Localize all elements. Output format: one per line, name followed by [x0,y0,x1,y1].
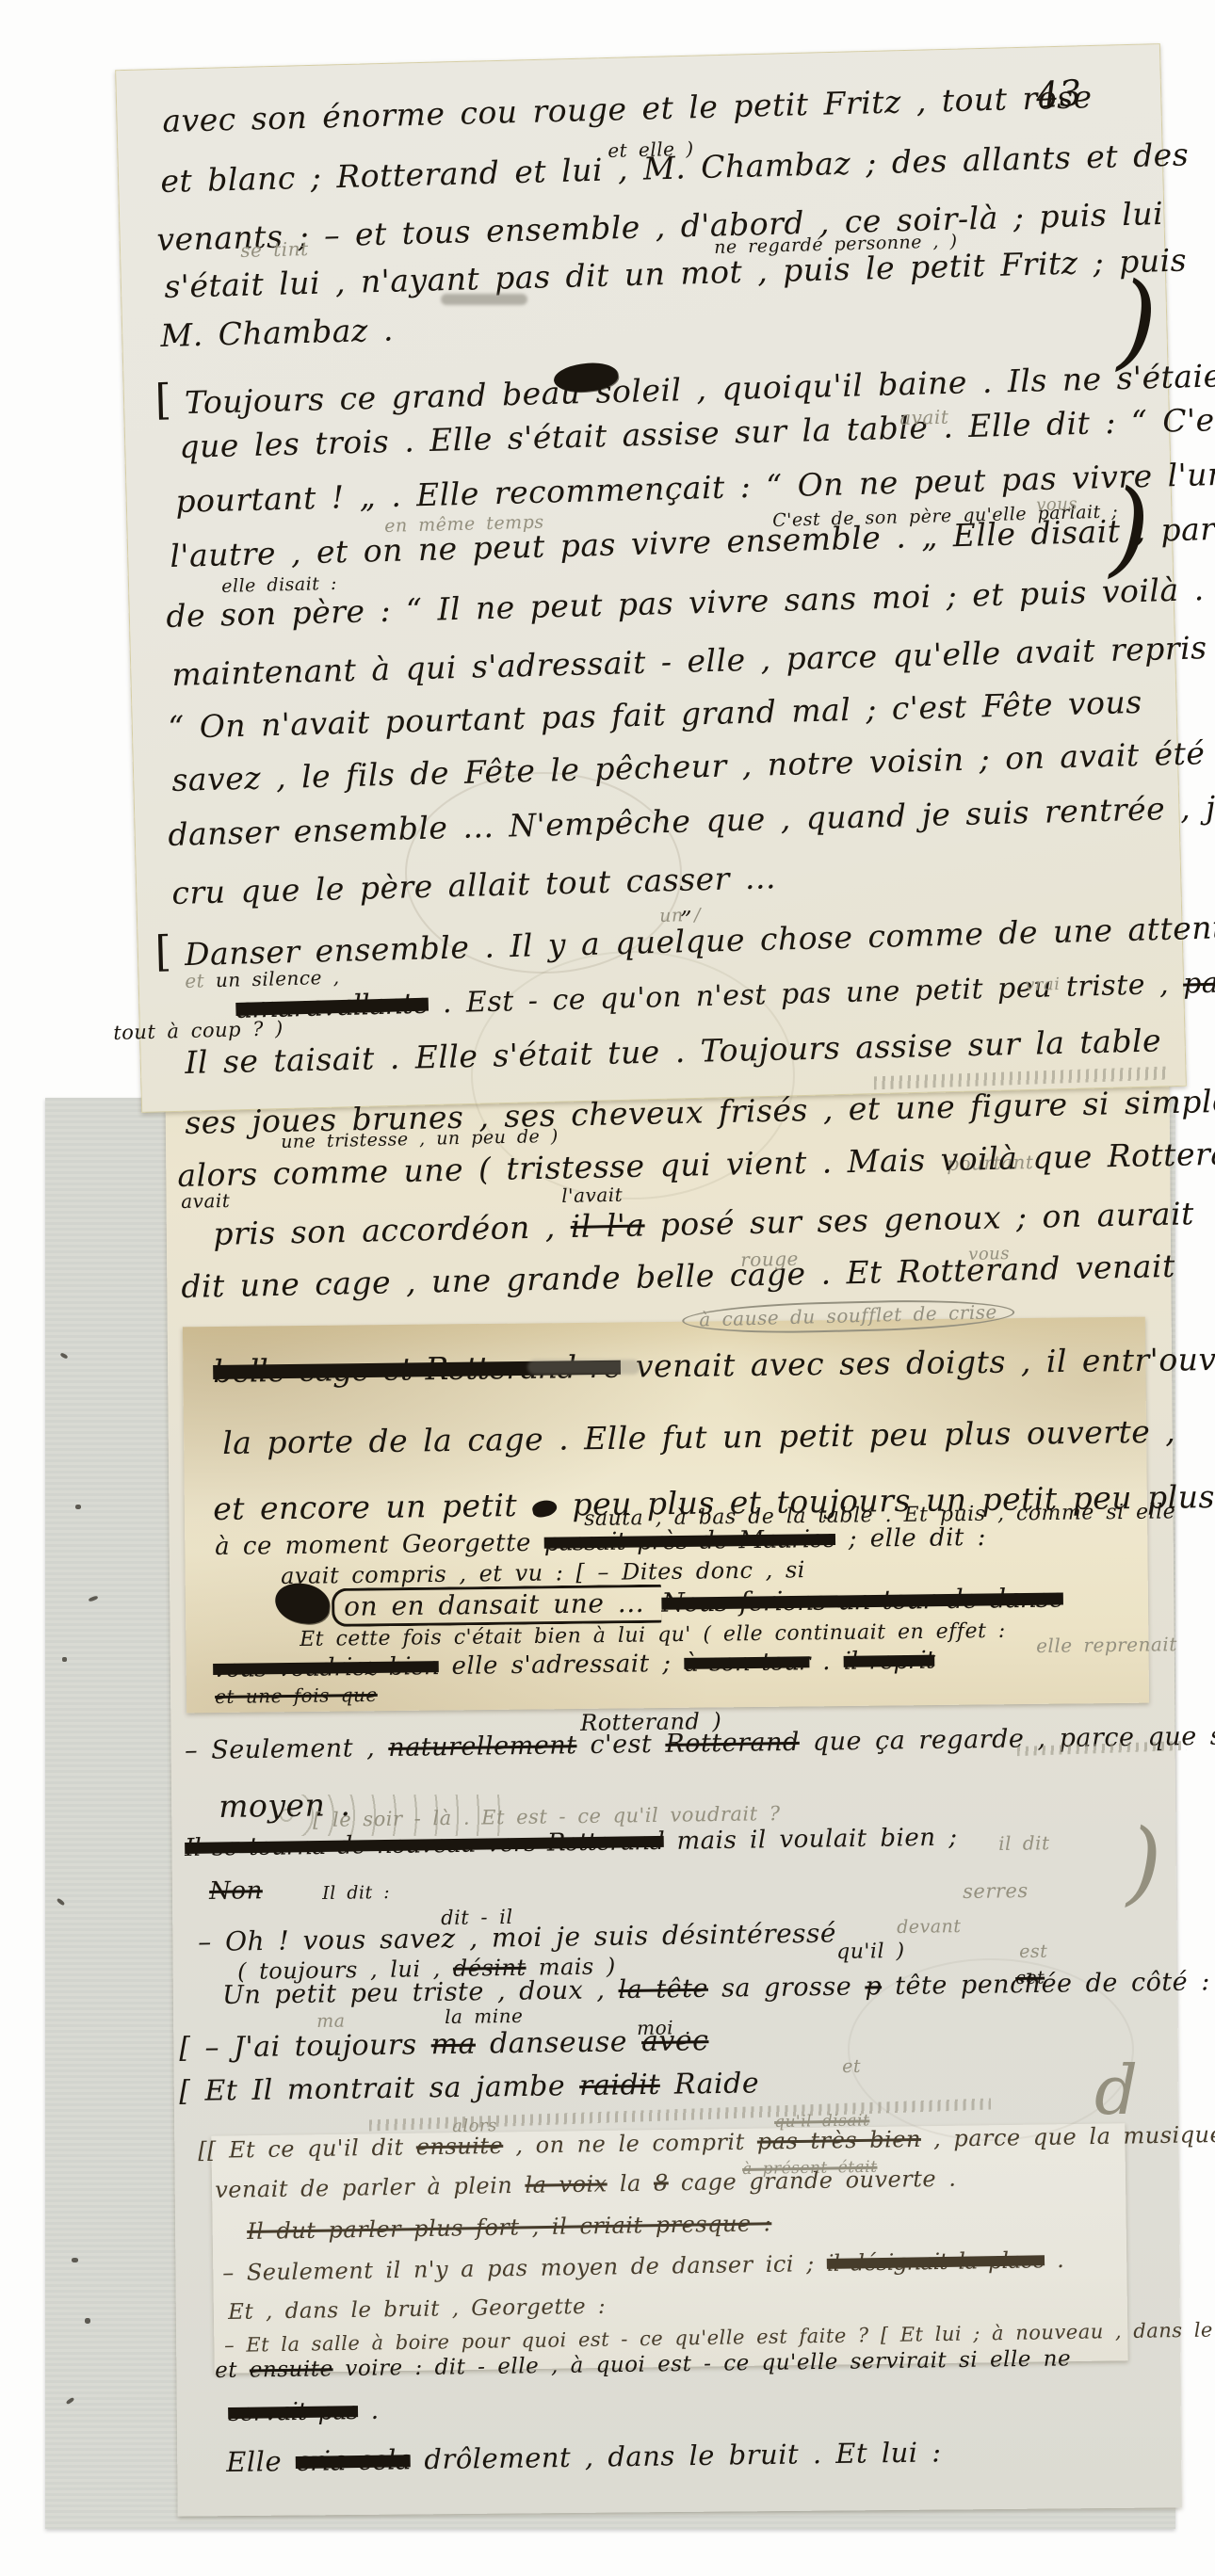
manuscript-photo: 43 avec son énorme cou rouge et le petit… [0,0,1215,2576]
manuscript-line: un ∕ [659,907,701,926]
manuscript-line: Elle cria cela drôlement , dans le bruit… [226,2438,942,2476]
ink-smudge [527,1360,640,1375]
manuscript-line: [ – J'ai toujours ma danseuse avec [179,2026,709,2063]
ink-speck [62,1657,67,1662]
manuscript-line: il dit [998,1833,1050,1854]
pen-flourish: ) [1117,279,1158,362]
manuscript-line: pris son accordéon , il l'a posé sur ses… [213,1198,1194,1250]
manuscript-line: la porte de la cage . Elle fut un petit … [222,1416,1176,1460]
manuscript-line: Et , dans le bruit , Georgette : [228,2295,606,2324]
manuscript-line: [[ Et ce qu'il dit ensuite , on ne le co… [198,2123,1215,2163]
manuscript-line: [ Et Il montrait sa jambe raidit Raide [179,2069,759,2106]
manuscript-line: vrai [1025,976,1061,995]
manuscript-line: – Seulement il n'y a pas moyen de danser… [222,2248,1065,2285]
manuscript-line: à cause du soufflet de crise [682,1302,1014,1330]
manuscript-line: Il dit : [322,1884,390,1904]
manuscript-line: on en dansait une ... Nous ferions un to… [332,1585,1063,1621]
manuscript-line: tout à coup ? ) [113,1018,283,1043]
ink-smudge [441,294,527,305]
manuscript-line: M. Chambaz . [160,314,394,353]
manuscript-line: à ce moment Georgette passait près de Ma… [215,1525,986,1560]
manuscript-line: avec son énorme cou rouge et le petit Fr… [162,81,1093,137]
manuscript-line: maintenant à qui s'adressait - elle , pa… [171,631,1215,691]
manuscript-line: et une fois que [215,1685,378,1707]
manuscript-line: qu'il ) [836,1940,905,1963]
manuscript-line: serres [963,1880,1029,1902]
manuscript-line: devant [897,1918,962,1938]
manuscript-line: Il dut parler plus fort , il criait pres… [247,2212,772,2244]
manuscript-line: vous voudriez bien elle s'adressait ; à … [213,1649,934,1683]
manuscript-line: amaravallante . Est - ce qu'on n'est pas… [235,967,1215,1024]
manuscript-line: Non [209,1878,263,1905]
pen-flourish: ) [1110,486,1150,569]
manuscript-line: – Oh ! vous savez , moi je suis désintér… [198,1920,836,1956]
manuscript-line: avait compris , et vu : [ – Dites donc ,… [281,1558,805,1588]
manuscript-line: se tint [240,239,309,261]
page-number: 43 [1035,72,1083,116]
manuscript-line: l'autre , et on ne peut pas vivre ensemb… [170,511,1215,572]
pencil-flourish: ) [1126,1827,1161,1899]
manuscript-line: est [1019,1943,1047,1962]
manuscript-line: et un silence , [185,968,340,991]
manuscript-line: danser ensemble ... N'empêche que , quan… [168,791,1215,852]
manuscript-line: Il se tourna de nouveau vers Rotterand m… [185,1826,958,1862]
manuscript-line: elle reprenait [1036,1634,1177,1656]
ink-speck [85,2318,90,2324]
manuscript-line: dit une cage , une grande belle cage . E… [181,1250,1175,1304]
manuscript-line: la mine [445,2006,524,2027]
manuscript-line: servait pas . [228,2399,380,2427]
ink-speck [75,1505,81,1509]
manuscript-line: avait [899,408,949,428]
manuscript-line: et [842,2058,861,2077]
manuscript-line: savez , le fils de Fête le pêcheur , not… [171,737,1206,797]
manuscript-line: belle cage et Rotterand re venait avec s… [213,1343,1215,1388]
ink-speck [72,2258,78,2262]
pencil-flourish-d: d [1094,2064,1138,2118]
manuscript-line: vous [1036,496,1077,515]
manuscript-line: “ On n'avait pourtant pas fait grand mal… [168,686,1142,745]
manuscript-line: avait [181,1191,231,1212]
manuscript-line: l'avait [561,1185,623,1206]
manuscript-line: venait de parler à plein la voix la 8 ca… [215,2167,957,2203]
ink-blot [531,1497,559,1518]
manuscript-line: une tristesse , un peu de ) [281,1128,559,1152]
manuscript-line: rouge [740,1249,799,1270]
